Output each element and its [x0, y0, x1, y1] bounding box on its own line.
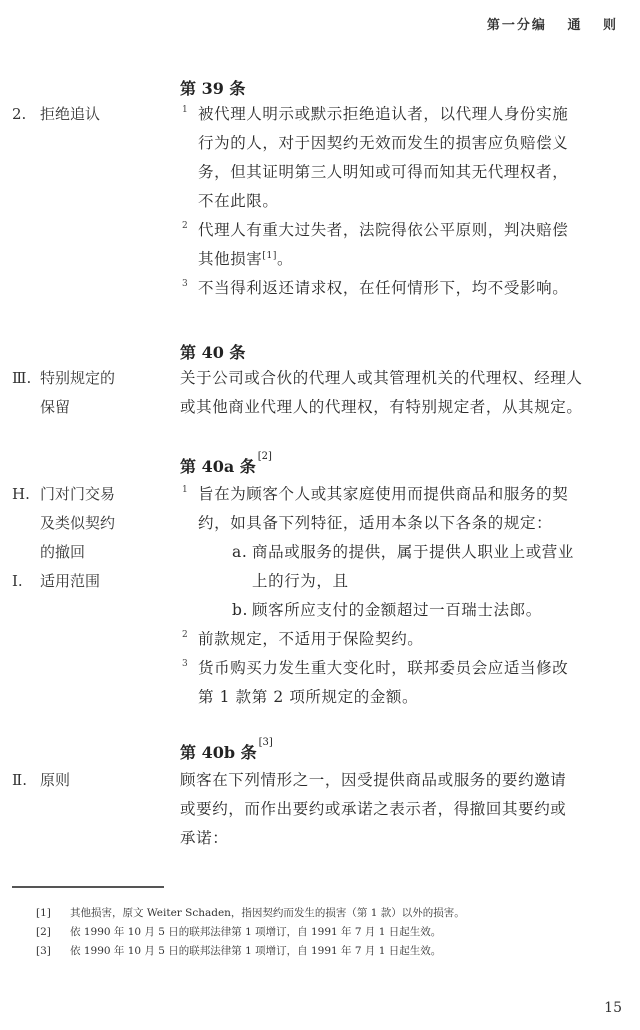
paragraph-number: 2: [182, 212, 188, 241]
footnote-3: [3]依 1990 年 10 月 5 日的联邦法律第 1 项增订，自 1991 …: [36, 942, 626, 961]
footnote-divider: [12, 886, 164, 888]
margin-note-scope: 适用范围: [40, 572, 100, 590]
article-40b-body: 顾客在下列情形之一，因受提供商品或服务的要约邀请 或要约，而作出要约或承诺之表示…: [180, 766, 630, 853]
article-39-paragraph-3: 3 不当得利返还请求权，在任何情形下，均不受影响。: [180, 274, 628, 303]
article-40a-paragraph-1: 1 旨在为顾客个人或其家庭使用而提供商品和服务的契 约，如具备下列特征，适用本条…: [180, 480, 628, 538]
running-head-word1: 通: [567, 18, 582, 33]
margin-note-principle: Ⅱ.原则: [12, 766, 162, 795]
margin-note-special-provisions: Ⅲ.特别规定的 保留: [12, 364, 162, 422]
footnotes: [1]其他损害，原文 Weiter Schaden，指因契约而发生的损害（第 1…: [36, 904, 626, 961]
paragraph-number: 3: [182, 650, 188, 679]
margin-note-refusal-ratification: 2.拒绝追认: [12, 100, 162, 129]
article-40a-body: 1 旨在为顾客个人或其家庭使用而提供商品和服务的契 约，如具备下列特征，适用本条…: [180, 480, 628, 712]
article-40a-item-b: b. 顾客所应支付的金额超过一百瑞士法郎。: [180, 596, 628, 625]
article-40a-paragraph-2: 2 前款规定，不适用于保险契约。: [180, 625, 628, 654]
article-39-paragraph-1: 1 被代理人明示或默示拒绝追认者，以代理人身份实施 行为的人，对于因契约无效而发…: [180, 100, 628, 216]
running-head-word2: 则: [603, 18, 618, 33]
article-40a-title: 第 40a 条[2]: [180, 454, 272, 477]
article-40-body: 关于公司或合伙的代理人或其管理机关的代理权、经理人 或其他商业代理人的代理权，有…: [180, 364, 630, 422]
footnote-ref-2[interactable]: [2]: [258, 451, 272, 462]
article-40b-title: 第 40b 条[3]: [180, 740, 273, 763]
footnote-ref-1[interactable]: [1]: [262, 251, 277, 261]
article-40a-item-a: a. 商品或服务的提供，属于提供人职业上或营业 上的行为，且: [180, 538, 628, 596]
article-40a-paragraph-3: 3 货币购买力发生重大变化时，联邦委员会应适当修改 第 1 款第 2 项所规定的…: [180, 654, 628, 712]
article-39-title: 第 39 条: [180, 76, 245, 99]
running-head-part: 第一分编: [487, 18, 547, 33]
margin-note-door-to-door: H.门对门交易 及类似契约 的撤回 I.适用范围: [12, 480, 162, 596]
footnote-2: [2]依 1990 年 10 月 5 日的联邦法律第 1 项增订，自 1991 …: [36, 923, 626, 942]
article-39-paragraph-2: 2 代理人有重大过失者，法院得依公平原则，判决赔偿 其他损害[1]。: [180, 216, 628, 274]
footnote-1: [1]其他损害，原文 Weiter Schaden，指因契约而发生的损害（第 1…: [36, 904, 626, 923]
running-head: 第一分编 通 则: [473, 14, 618, 33]
paragraph-number: 2: [182, 621, 188, 650]
page-number: 15: [604, 1000, 622, 1016]
margin-note-scope-number: I.: [12, 567, 40, 596]
article-39-body: 1 被代理人明示或默示拒绝追认者，以代理人身份实施 行为的人，对于因契约无效而发…: [180, 100, 628, 303]
paragraph-number: 1: [182, 476, 188, 505]
article-40-title: 第 40 条: [180, 340, 245, 363]
paragraph-number: 1: [182, 96, 188, 125]
paragraph-number: 3: [182, 270, 188, 299]
footnote-ref-3[interactable]: [3]: [259, 737, 273, 748]
